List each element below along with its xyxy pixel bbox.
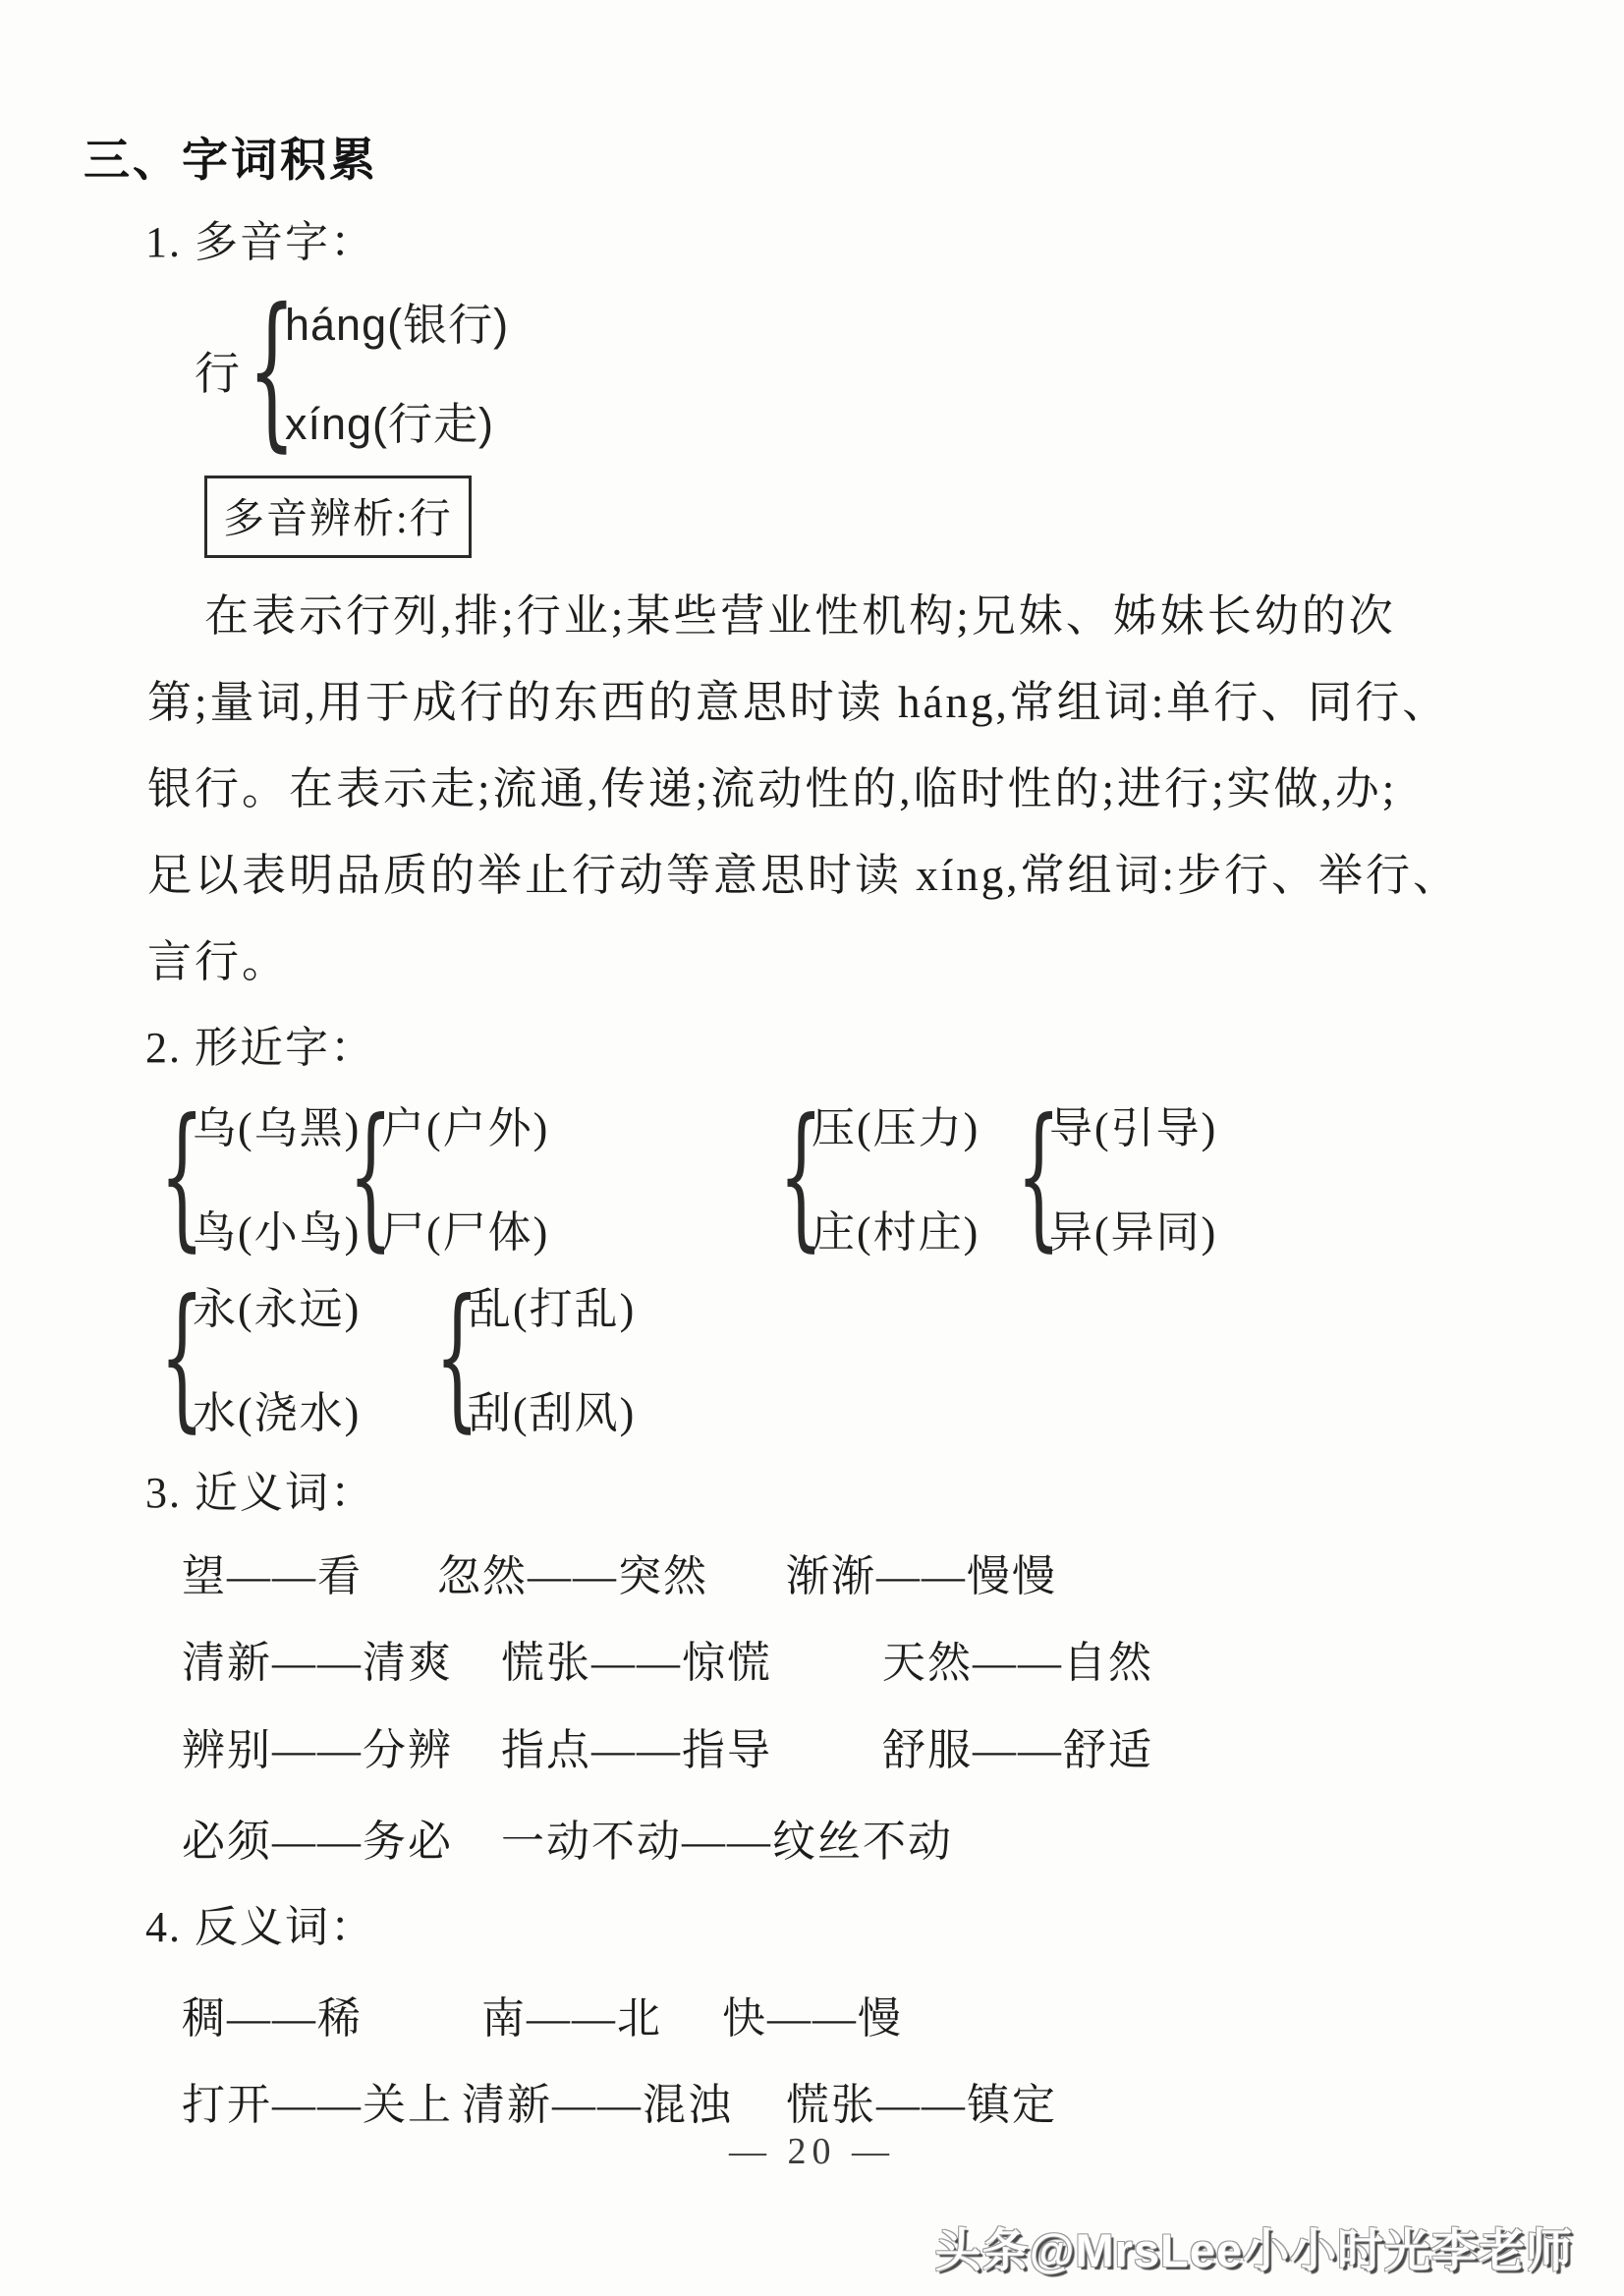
polyphone-character: 行 [195,338,240,403]
synonym-pair: 辨别——分辨 [182,1714,453,1777]
similar-char-group: { 乌(乌黑) 鸟(小鸟) [157,1092,361,1260]
document-page: 三、字词积累 1. 多音字： 行 { háng(银行) xíng(行走) 多音辨… [0,0,1624,2296]
antonym-pair: 稠——稀 [182,1983,363,2045]
similar-char-entry: 户(户外) [381,1092,549,1155]
analysis-box-label: 多音辨析:行 [204,476,472,558]
similar-char-entry: 异(异同) [1049,1197,1217,1260]
antonym-pair: 快——慢 [722,1983,903,2045]
similar-char-group: { 压(压力) 庄(村庄) [776,1092,980,1260]
synonym-pair: 必须——务必 [182,1806,453,1869]
paragraph-line: 足以表明品质的举止行动等意思时读 xíng,常组词:步行、举行、 [147,839,1460,903]
similar-char-entry: 导(引导) [1049,1092,1217,1155]
brace-glyph: { [248,287,270,454]
section-title: 三、字词积累 [84,124,378,190]
polyphone-group: 行 { háng(银行) xíng(行走) [195,287,509,454]
similar-char-entry: 乱(打乱) [468,1273,636,1336]
item-label-similar-chars: 2. 形近字： [145,1012,375,1075]
similar-char-entry: 鸟(小鸟) [193,1197,361,1260]
brace-glyph: { [779,1098,800,1254]
watermark: 头条@MrsLee小小时光李老师 [935,2214,1573,2280]
page-number: — 20 — [0,2130,1624,2173]
item-label-polyphone: 1. 多音字： [145,206,375,269]
polyphone-reading: xíng(行走) [285,388,509,452]
antonym-pair: 南——北 [481,1983,662,2045]
synonym-pair: 天然——自然 [882,1627,1153,1690]
similar-char-group: { 永(永远) 水(浇水) [157,1273,361,1440]
brace-glyph: { [160,1279,181,1434]
similar-char-entry: 尸(尸体) [381,1197,549,1260]
brace-glyph: { [435,1279,456,1434]
paragraph-line: 在表示行列,排;行业;某些营业性机构;兄妹、姊妹长幼的次 [147,580,1396,644]
brace-glyph: { [160,1098,181,1254]
similar-char-entry: 永(永远) [193,1273,361,1336]
antonym-pair: 清新——混浊 [462,2069,733,2132]
paragraph-line: 银行。在表示走;流通,传递;流动性的,临时性的;进行;实做,办; [147,753,1397,816]
similar-char-entry: 压(压力) [812,1092,980,1155]
polyphone-reading: háng(银行) [285,289,509,353]
similar-char-entry: 刮(刮风) [468,1377,636,1440]
similar-char-group: { 户(户外) 尸(尸体) [346,1092,549,1260]
similar-char-group: { 导(引导) 异(异同) [1014,1092,1217,1260]
similar-char-entry: 庄(村庄) [812,1197,980,1260]
polyphone-readings: háng(银行) xíng(行走) [285,289,509,452]
paragraph-line: 第;量词,用于成行的东西的意思时读 háng,常组词:单行、同行、 [147,666,1449,730]
synonym-pair: 望——看 [182,1540,363,1603]
similar-char-group: { 乱(打乱) 刮(刮风) [432,1273,636,1440]
brace-glyph: { [349,1098,369,1254]
item-label-antonyms: 4. 反义词： [145,1891,375,1954]
antonym-pair: 打开——关上 [182,2069,453,2132]
similar-char-entry: 水(浇水) [193,1377,361,1440]
synonym-pair: 指点——指导 [501,1714,772,1777]
synonym-pair: 一动不动——纹丝不动 [501,1806,953,1869]
antonym-pair: 慌张——镇定 [786,2069,1057,2132]
synonym-pair: 清新——清爽 [182,1627,453,1690]
synonym-pair: 慌张——惊慌 [501,1627,772,1690]
synonym-pair: 渐渐——慢慢 [786,1540,1057,1603]
paragraph-line: 言行。 [147,925,289,989]
similar-char-entry: 乌(乌黑) [193,1092,361,1155]
item-label-synonyms: 3. 近义词： [145,1457,375,1520]
synonym-pair: 忽然——突然 [437,1540,708,1603]
brace-glyph: { [1017,1098,1037,1254]
synonym-pair: 舒服——舒适 [882,1714,1153,1777]
